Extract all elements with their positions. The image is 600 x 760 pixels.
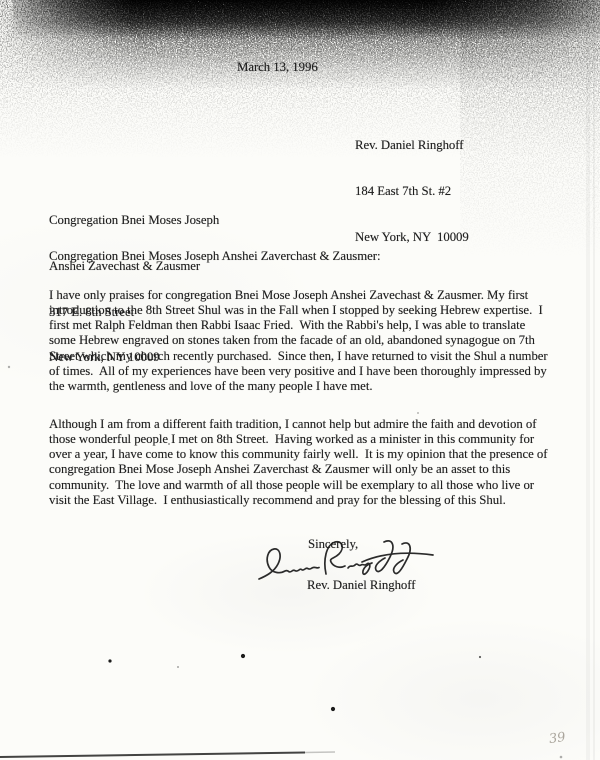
body-paragraph-2: Although I am from a different faith tra… bbox=[49, 417, 554, 508]
sender-street: 184 East 7th St. #2 bbox=[355, 184, 469, 199]
body-paragraph-1: I have only praises for congregation Bne… bbox=[49, 288, 554, 394]
sender-name: Rev. Daniel Ringhoff bbox=[355, 138, 469, 153]
recipient-name: Congregation Bnei Moses Joseph bbox=[49, 213, 219, 228]
typed-signature-name: Rev. Daniel Ringhoff bbox=[307, 578, 415, 593]
page-number-annotation: 39 bbox=[548, 730, 566, 747]
salutation: Congregation Bnei Moses Joseph Anshei Za… bbox=[49, 249, 380, 264]
scanned-letter-page: March 13, 1996 Rev. Daniel Ringhoff 184 … bbox=[0, 0, 600, 760]
letter-date: March 13, 1996 bbox=[237, 60, 318, 75]
sender-city: New York, NY 10009 bbox=[355, 230, 469, 245]
